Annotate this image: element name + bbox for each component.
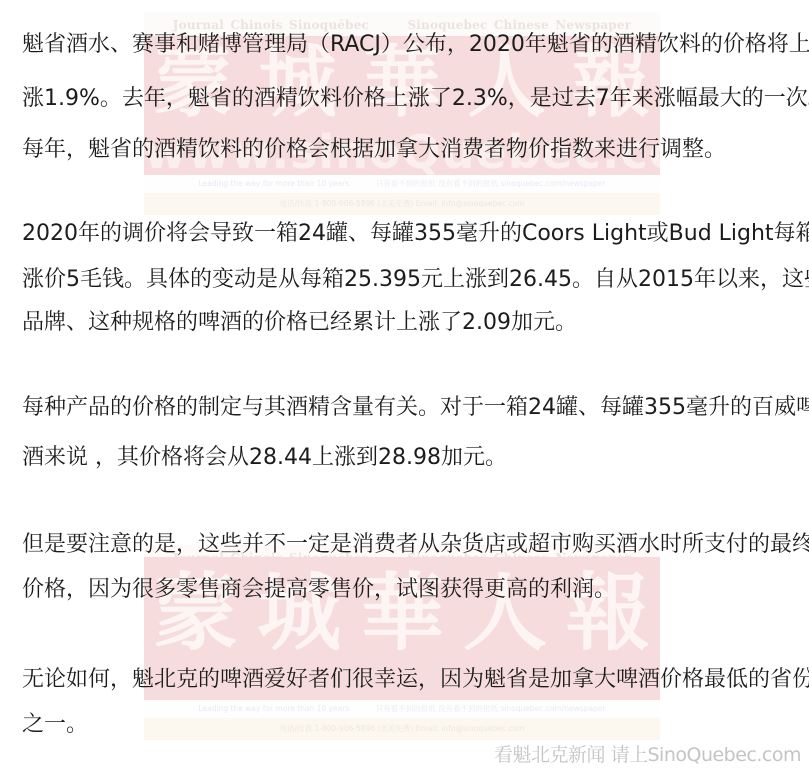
watermark-header-right: Sinoquebec Chinese Newspaper <box>407 18 631 32</box>
watermark-tagline-en: Leading the way for more than 10 years <box>198 179 349 188</box>
footer-caption: 看魁北克新闻 请上SinoQuebec.com <box>494 740 801 767</box>
paragraph-line: 酒来说 ，其价格将会从28.44上涨到28.98加元。 <box>22 444 783 472</box>
paragraph-line: 但是要注意的是，这些并不一定是消费者从杂货店或超市购买酒水时所支付的最终 <box>22 531 783 559</box>
paragraph-line: 每年，魁省的酒精饮料的价格会根据加拿大消费者物价指数来进行调整。 <box>22 136 783 164</box>
paragraph-line: 魁省酒水、赛事和赌博管理局（RACJ）公布，2020年魁省的酒精饮料的价格将上 <box>22 31 783 59</box>
paragraph-line: 之一。 <box>22 711 783 739</box>
watermark-header-left: Journal Chinois Sinoquébec <box>173 18 369 32</box>
watermark-contact: 电话/传真 1-800-906-5896 (北美免费) Email: info@… <box>144 193 660 215</box>
watermark-tagline: Leading the way for more than 10 years 只… <box>144 175 660 193</box>
paragraph-line: 涨价5毛钱。具体的变动是从每箱25.395元上涨到26.45。自从2015年以来… <box>22 266 783 294</box>
paragraph-line: 品牌、这种规格的啤酒的价格已经累计上涨了2.09加元。 <box>22 309 783 337</box>
paragraph-line: 无论如何，魁北克的啤酒爱好者们很幸运，因为魁省是加拿大啤酒价格最低的省份 <box>22 666 783 694</box>
paragraph-line: 2020年的调价将会导致一箱24罐、每罐355毫升的Coors Light或Bu… <box>22 220 783 248</box>
paragraph-line: 价格，因为很多零售商会提高零售价，试图获得更高的利润。 <box>22 576 783 604</box>
paragraph-line: 涨1.9%。去年，魁省的酒精饮料价格上涨了2.3%，是过去7年来涨幅最大的一次。 <box>22 85 783 113</box>
watermark-tagline-cn: 只有看不到的报纸 没有看不到的报纸 sinoquebec.com/newspap… <box>376 179 606 188</box>
paragraph-line: 每种产品的价格的制定与其酒精含量有关。对于一箱24罐、每罐355毫升的百威啤 <box>22 394 783 422</box>
